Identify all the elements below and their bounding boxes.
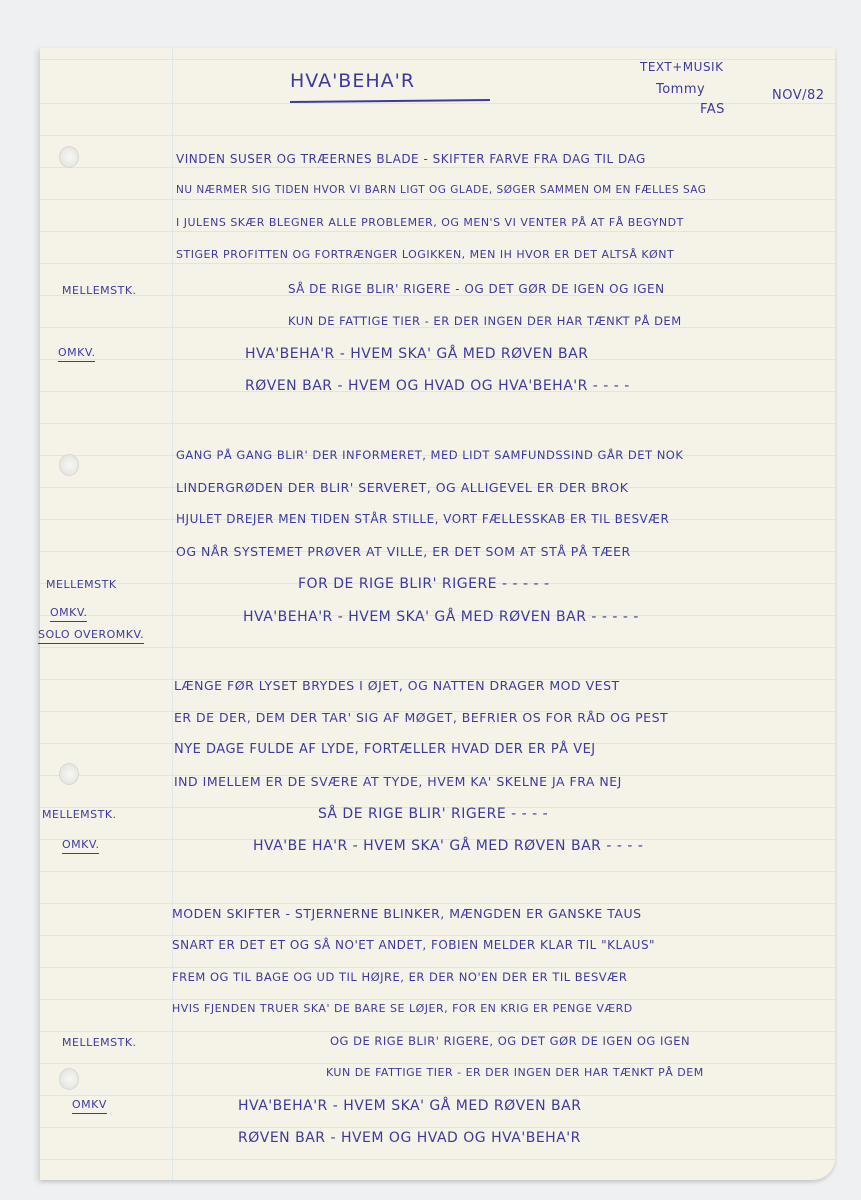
bridge-line: OG DE RIGE BLIR' RIGERE, OG DET GØR DE I… xyxy=(330,1034,690,1048)
bridge-line: KUN DE FATTIGE TIER - ER DER INGEN DER H… xyxy=(288,314,682,328)
chorus-cue: OMKV xyxy=(72,1098,107,1114)
verse-line: GANG PÅ GANG BLIR' DER INFORMERET, MED L… xyxy=(176,448,683,462)
punch-hole xyxy=(59,763,79,785)
chorus-line: HVA'BE HA'R - HVEM SKA' GÅ MED RØVEN BAR… xyxy=(253,838,643,854)
chorus-line: HVA'BEHA'R - HVEM SKA' GÅ MED RØVEN BAR xyxy=(238,1098,581,1114)
author-last-name: FAS xyxy=(700,102,725,117)
verse-line: ER DE DER, DEM DER TAR' SIG AF MØGET, BE… xyxy=(174,710,668,725)
solo-cue: SOLO OVEROMKV. xyxy=(38,628,144,644)
verse-line: VINDEN SUSER OG TRÆERNES BLADE - SKIFTER… xyxy=(176,152,646,166)
verse-line: OG NÅR SYSTEMET PRØVER AT VILLE, ER DET … xyxy=(176,544,631,559)
author-first-name: Tommy xyxy=(656,82,705,97)
chorus-line: RØVEN BAR - HVEM OG HVAD OG HVA'BEHA'R xyxy=(238,1130,581,1146)
chorus-line: HVA'BEHA'R - HVEM SKA' GÅ MED RØVEN BAR … xyxy=(243,609,639,625)
bridge-line: SÅ DE RIGE BLIR' RIGERE - OG DET GØR DE … xyxy=(288,282,665,296)
verse-line: MODEN SKIFTER - STJERNERNE BLINKER, MÆNG… xyxy=(172,906,642,921)
bridge-cue: MELLEMSTK xyxy=(46,578,117,591)
punch-hole xyxy=(59,1068,79,1090)
chorus-cue: OMKV. xyxy=(50,606,87,622)
verse-line: LINDERGRØDEN DER BLIR' SERVERET, OG ALLI… xyxy=(176,480,628,495)
bridge-line: SÅ DE RIGE BLIR' RIGERE - - - - xyxy=(318,806,548,822)
chorus-line: RØVEN BAR - HVEM OG HVAD OG HVA'BEHA'R -… xyxy=(245,378,630,394)
verse-line: HVIS FJENDEN TRUER SKA' DE BARE SE LØJER… xyxy=(172,1002,633,1015)
verse-line: IND IMELLEM ER DE SVÆRE AT TYDE, HVEM KA… xyxy=(174,774,622,789)
bridge-cue: MELLEMSTK. xyxy=(62,1036,137,1049)
verse-line: I JULENS SKÆR BLEGNER ALLE PROBLEMER, OG… xyxy=(176,216,684,229)
bridge-line: FOR DE RIGE BLIR' RIGERE - - - - - xyxy=(298,576,550,592)
song-title: HVA'BEHA'R xyxy=(290,70,415,92)
verse-line: NU NÆRMER SIG TIDEN HVOR VI BARN LIGT OG… xyxy=(176,184,706,196)
verse-line: SNART ER DET ET OG SÅ NO'ET ANDET, FOBIE… xyxy=(172,938,655,952)
date: NOV/82 xyxy=(772,88,825,103)
verse-line: HJULET DREJER MEN TIDEN STÅR STILLE, VOR… xyxy=(176,512,669,526)
bridge-cue: MELLEMSTK. xyxy=(62,284,137,297)
verse-line: NYE DAGE FULDE AF LYDE, FORTÆLLER HVAD D… xyxy=(174,742,596,757)
chorus-line: HVA'BEHA'R - HVEM SKA' GÅ MED RØVEN BAR xyxy=(245,346,588,362)
punch-hole xyxy=(59,146,79,168)
chorus-cue: OMKV. xyxy=(58,346,95,362)
credit-label: TEXT+MUSIK xyxy=(640,60,723,74)
verse-line: FREM OG TIL BAGE OG UD TIL HØJRE, ER DER… xyxy=(172,970,627,984)
punch-hole xyxy=(59,454,79,476)
bridge-cue: MELLEMSTK. xyxy=(42,808,117,821)
verse-line: STIGER PROFITTEN OG FORTRÆNGER LOGIKKEN,… xyxy=(176,248,674,261)
bridge-line: KUN DE FATTIGE TIER - ER DER INGEN DER H… xyxy=(326,1066,704,1079)
verse-line: LÆNGE FØR LYSET BRYDES I ØJET, OG NATTEN… xyxy=(174,678,620,693)
chorus-cue: OMKV. xyxy=(62,838,99,854)
